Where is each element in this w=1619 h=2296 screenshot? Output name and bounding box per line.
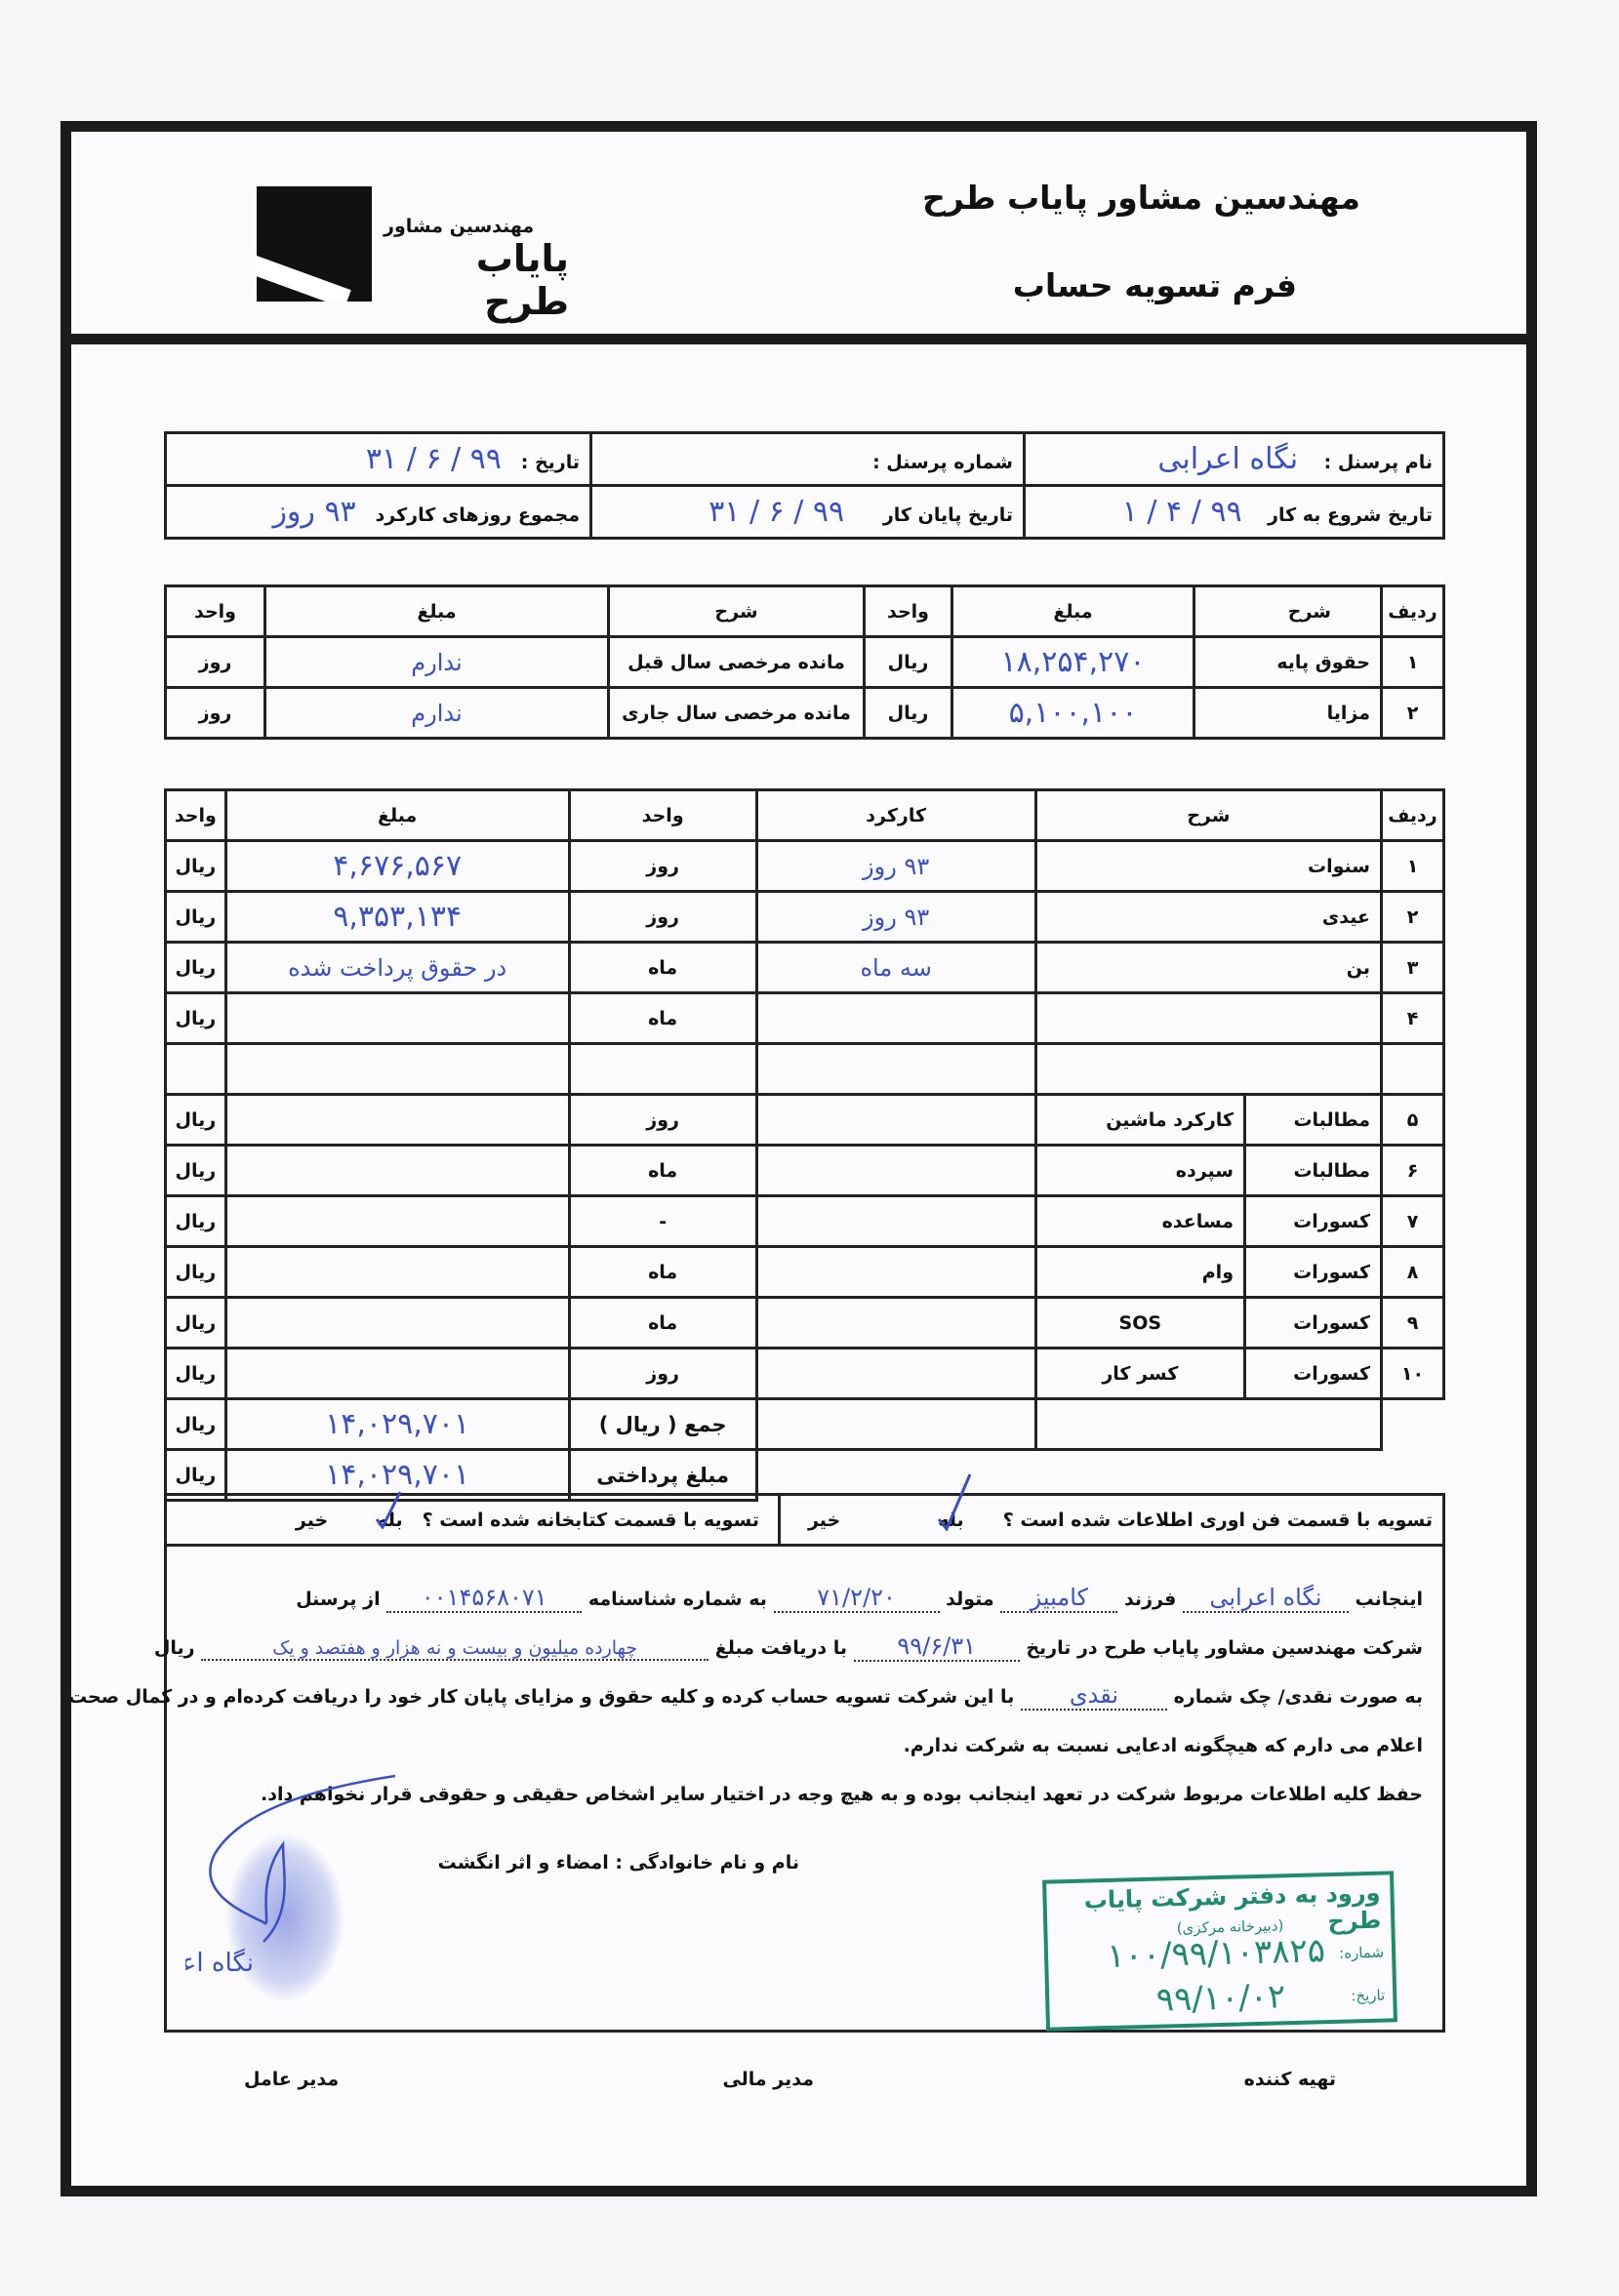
it-question: تسویه با قسمت فن اوری اطلاعات شده است ؟	[1003, 1510, 1433, 1531]
decl-text: اینجانب	[1356, 1589, 1423, 1610]
total-row: جمع ( ریال ) ۱۴,۰۲۹,۷۰۱ ریال	[166, 1399, 1444, 1450]
end-date-cell: تاریخ پایان کار ۹۹ / ۶ / ۳۱	[591, 486, 1025, 539]
decl-date-field[interactable]: ۹۹/۶/۳۱	[854, 1632, 1020, 1662]
decl-text: به شماره شناسنامه	[588, 1589, 767, 1610]
total-days-label: مجموع روزهای کارکرد	[376, 504, 580, 526]
table-row: ۵ مطالبات کارکرد ماشین روز ریال	[166, 1095, 1444, 1146]
row-unit: ماه	[569, 1247, 756, 1298]
decl-father-field[interactable]: کامبیز	[1000, 1584, 1117, 1613]
header-unit2: واحد	[166, 586, 265, 637]
table-row: ۱ حقوق پایه ۱۸,۲۵۴,۲۷۰ ریال مانده مرخصی …	[166, 637, 1444, 688]
table-row-empty	[166, 1044, 1444, 1095]
divider	[778, 1496, 781, 1544]
bonus-amount[interactable]: ۹,۳۵۳,۱۳۴	[225, 892, 569, 943]
stamp-date-value: ۹۹/۱۰/۰۲	[1155, 1977, 1285, 2019]
row-desc	[1035, 993, 1381, 1044]
row-work[interactable]: ۹۳ روز	[756, 892, 1035, 943]
declaration-line-1: اینجانب نگاه اعرابی فرزند کامبیز متولد ۷…	[296, 1584, 1423, 1613]
row-work[interactable]	[756, 1095, 1035, 1146]
declaration-line-2: شرکت مهندسین مشاور پایاب طرح در تاریخ ۹۹…	[154, 1632, 1423, 1662]
personnel-number-label: شماره پرسنل :	[872, 452, 1013, 473]
row-category: کسورات	[1245, 1349, 1382, 1399]
date-cell: تاریخ : ۹۹ / ۶ / ۳۱	[166, 433, 591, 486]
row-currency: ریال	[166, 1349, 226, 1399]
finance-manager-label: مدیر مالی	[722, 2069, 814, 2090]
row-no: ۲	[1382, 892, 1444, 943]
row-desc: بن	[1035, 943, 1381, 993]
decl-text: با این شرکت تسویه حساب کرده و کلیه حقوق …	[68, 1686, 1014, 1708]
decl-text: با دریافت مبلغ	[715, 1637, 847, 1659]
preparer-label: تهیه کننده	[1244, 2069, 1336, 2090]
header-work: کارکرد	[756, 790, 1035, 841]
start-date-value[interactable]: ۹۹ / ۴ / ۱	[1122, 495, 1242, 529]
declaration-line-3: به صورت نقدی/ چک شماره نقدی با این شرکت …	[68, 1681, 1423, 1711]
personnel-name-label: نام پرسنل :	[1324, 452, 1433, 473]
row-desc: حقوق پایه	[1194, 637, 1382, 688]
decl-amount-words-field[interactable]: چهارده میلیون و بیست و نه هزار و هفتصد و…	[201, 1637, 708, 1661]
row-unit2: روز	[166, 688, 265, 739]
salary-table-header: ردیف شرح مبلغ واحد شرح مبلغ واحد	[166, 586, 1444, 637]
row-desc: عیدی	[1035, 892, 1381, 943]
row-desc2: مانده مرخصی سال قبل	[609, 637, 865, 688]
row-unit: روز	[569, 892, 756, 943]
row-amount[interactable]	[225, 1146, 569, 1196]
row-desc: وام	[1035, 1247, 1244, 1298]
checkmark-icon	[374, 1490, 403, 1529]
row-work[interactable]	[756, 993, 1035, 1044]
form-header: مهندسین مشاور پایاب طرح فرم تسویه حساب م…	[71, 132, 1526, 344]
row-amount[interactable]	[225, 1247, 569, 1298]
logo-line1: مهندسین مشاور	[384, 216, 534, 237]
row-no: ۱	[1382, 637, 1444, 688]
row-category: کسورات	[1245, 1196, 1382, 1247]
row-unit: ماه	[569, 1298, 756, 1349]
office-entry-stamp: ورود به دفتر شرکت پایاب طرح (دبیرخانه مر…	[1042, 1871, 1397, 2031]
row-work[interactable]	[756, 1349, 1035, 1399]
personnel-name-cell: نام پرسنل : نگاه اعرابی	[1025, 433, 1444, 486]
library-yes-option[interactable]: بله	[377, 1510, 402, 1531]
row-currency: ریال	[166, 892, 226, 943]
total-days-value[interactable]: ۹۳ روز	[272, 495, 355, 529]
decl-text: از پرسنل	[296, 1589, 380, 1610]
row-currency: ریال	[166, 841, 226, 892]
row-currency: ریال	[166, 1298, 226, 1349]
personnel-info-table: نام پرسنل : نگاه اعرابی شماره پرسنل : تا…	[164, 431, 1445, 540]
checkmark-icon	[935, 1472, 974, 1531]
row-currency: ریال	[166, 1196, 226, 1247]
library-settlement: تسویه با قسمت کتابخانه شده است ؟ بله خیر	[296, 1496, 759, 1544]
row-unit: روز	[569, 1349, 756, 1399]
stamp-number-value: ۱۰۰/۹۹/۱۰۳۸۲۵	[1107, 1931, 1326, 1976]
row-currency: ریال	[166, 1247, 226, 1298]
company-logo: مهندسین مشاور پایاب طرح	[257, 186, 569, 303]
declaration-line-5: حفظ کلیه اطلاعات مربوط شرکت در تعهد اینج…	[261, 1784, 1423, 1805]
company-title: مهندسین مشاور پایاب طرح	[922, 179, 1360, 217]
row-desc: مزایا	[1194, 688, 1382, 739]
row-category: کسورات	[1245, 1247, 1382, 1298]
row-no: ۷	[1382, 1196, 1444, 1247]
header-amount: مبلغ	[225, 790, 569, 841]
decl-cash-field[interactable]: نقدی	[1021, 1681, 1167, 1711]
header-amount2: مبلغ	[265, 586, 609, 637]
decl-id-field[interactable]: ۰۰۱۴۵۶۸۰۷۱	[386, 1584, 582, 1613]
row-currency: ریال	[166, 993, 226, 1044]
row-desc: سنوات	[1035, 841, 1381, 892]
table-row: ۴ ماه ریال	[166, 993, 1444, 1044]
row-work[interactable]	[756, 1298, 1035, 1349]
voucher-amount[interactable]: در حقوق پرداخت شده	[225, 943, 569, 993]
company-logo-icon	[257, 186, 372, 302]
personnel-number-cell: شماره پرسنل :	[591, 433, 1025, 486]
row-no: ۸	[1382, 1247, 1444, 1298]
row-unit: روز	[569, 1095, 756, 1146]
row-desc2: مانده مرخصی سال جاری	[609, 688, 865, 739]
row-unit: -	[569, 1196, 756, 1247]
row-unit: ماه	[569, 943, 756, 993]
table-row: ۲ مزایا ۵,۱۰۰,۱۰۰ ریال مانده مرخصی سال ج…	[166, 688, 1444, 739]
row-desc: کارکرد ماشین	[1035, 1095, 1244, 1146]
row-amount[interactable]	[225, 993, 569, 1044]
row-category: مطالبات	[1245, 1146, 1382, 1196]
signature-label: نام و نام خانوادگی : امضاء و اثر انگشت	[438, 1852, 799, 1873]
table-row: ۲ عیدی ۹۳ روز روز ۹,۳۵۳,۱۳۴ ریال	[166, 892, 1444, 943]
settlement-checks: تسویه با قسمت فن اوری اطلاعات شده است ؟ …	[164, 1493, 1445, 1547]
it-settlement: تسویه با قسمت فن اوری اطلاعات شده است ؟ …	[808, 1496, 1433, 1544]
row-work[interactable]	[756, 1146, 1035, 1196]
row-no: ۹	[1382, 1298, 1444, 1349]
header-unit: واحد	[865, 586, 952, 637]
it-no-option[interactable]: خیر	[808, 1510, 840, 1531]
prev-year-leave-amount[interactable]: ندارم	[265, 637, 609, 688]
table-row: ۱ سنوات ۹۳ روز روز ۴,۶۷۶,۵۶۷ ریال	[166, 841, 1444, 892]
row-amount[interactable]	[225, 1196, 569, 1247]
row-desc: سپرده	[1035, 1146, 1244, 1196]
personnel-name-value[interactable]: نگاه اعرابی	[1157, 442, 1298, 476]
total-currency: ریال	[166, 1399, 226, 1450]
svg-text:نگاه اعرابی: نگاه اعرابی	[185, 1948, 254, 1978]
row-no: ۱	[1382, 841, 1444, 892]
row-desc: کسر کار	[1035, 1349, 1244, 1399]
row-category: کسورات	[1245, 1298, 1382, 1349]
stamp-date-label: تاریخ:	[1351, 1987, 1385, 2005]
header-amount: مبلغ	[952, 586, 1194, 637]
total-label: جمع ( ریال )	[569, 1399, 756, 1450]
row-work[interactable]	[756, 1247, 1035, 1298]
table-row: ۱۰ کسورات کسر کار روز ریال	[166, 1349, 1444, 1399]
base-salary-amount[interactable]: ۱۸,۲۵۴,۲۷۰	[952, 637, 1194, 688]
declaration-line-4: اعلام می دارم که هیچگونه ادعایی نسبت به …	[904, 1735, 1423, 1756]
current-year-leave-amount[interactable]: ندارم	[265, 688, 609, 739]
table-row: ۹ کسورات SOS ماه ریال	[166, 1298, 1444, 1349]
start-date-cell: تاریخ شروع به کار ۹۹ / ۴ / ۱	[1025, 486, 1444, 539]
header-desc2: شرح	[609, 586, 865, 637]
salary-table: ردیف شرح مبلغ واحد شرح مبلغ واحد ۱ حقوق …	[164, 584, 1445, 740]
end-date-label: تاریخ پایان کار	[883, 504, 1013, 526]
end-date-value[interactable]: ۹۹ / ۶ / ۳۱	[708, 495, 844, 529]
row-amount[interactable]	[225, 1298, 569, 1349]
row-amount[interactable]	[225, 1095, 569, 1146]
row-category: مطالبات	[1245, 1095, 1382, 1146]
row-work[interactable]: سه ماه	[756, 943, 1035, 993]
decl-text: ریال	[154, 1637, 195, 1659]
date-value[interactable]: ۹۹ / ۶ / ۳۱	[366, 442, 502, 476]
decl-name-field[interactable]: نگاه اعرابی	[1183, 1584, 1349, 1613]
row-currency: ریال	[166, 1095, 226, 1146]
stamp-number-label: شماره:	[1339, 1944, 1384, 1962]
row-work[interactable]	[756, 1196, 1035, 1247]
it-yes-option[interactable]: بله	[938, 1510, 963, 1531]
table-row: ۸ کسورات وام ماه ریال	[166, 1247, 1444, 1298]
decl-text: شرکت مهندسین مشاور پایاب طرح در تاریخ	[1026, 1637, 1423, 1659]
form-title: فرم تسویه حساب	[1013, 266, 1297, 304]
row-no: ۶	[1382, 1146, 1444, 1196]
header-currency: واحد	[166, 790, 226, 841]
header-unit: واحد	[569, 790, 756, 841]
table-row: ۶ مطالبات سپرده ماه ریال	[166, 1146, 1444, 1196]
table-row: ۷ کسورات مساعده - ریال	[166, 1196, 1444, 1247]
header-row-no: ردیف	[1382, 586, 1444, 637]
decl-text: فرزند	[1124, 1589, 1176, 1610]
row-currency: ریال	[166, 1146, 226, 1196]
benefits-amount[interactable]: ۵,۱۰۰,۱۰۰	[952, 688, 1194, 739]
row-unit2: روز	[166, 637, 265, 688]
row-unit: ریال	[865, 637, 952, 688]
ceo-label: مدیر عامل	[244, 2069, 339, 2090]
row-unit: ماه	[569, 993, 756, 1044]
row-desc: مساعده	[1035, 1196, 1244, 1247]
settlement-table: ردیف شرح کارکرد واحد مبلغ واحد ۱ سنوات ۹…	[164, 788, 1445, 1502]
header-desc: شرح	[1035, 790, 1381, 841]
row-unit: روز	[569, 841, 756, 892]
row-unit: ماه	[569, 1146, 756, 1196]
row-currency: ریال	[166, 943, 226, 993]
total-amount[interactable]: ۱۴,۰۲۹,۷۰۱	[225, 1399, 569, 1450]
start-date-label: تاریخ شروع به کار	[1268, 504, 1433, 526]
row-no: ۲	[1382, 688, 1444, 739]
row-unit: ریال	[865, 688, 952, 739]
row-no: ۱۰	[1382, 1349, 1444, 1399]
signature-icon: نگاه اعرابی	[185, 1766, 400, 1991]
row-amount[interactable]	[225, 1349, 569, 1399]
table-row: ۳ بن سه ماه ماه در حقوق پرداخت شده ریال	[166, 943, 1444, 993]
row-no: ۵	[1382, 1095, 1444, 1146]
severance-amount[interactable]: ۴,۶۷۶,۵۶۷	[225, 841, 569, 892]
row-no: ۴	[1382, 993, 1444, 1044]
date-label: تاریخ :	[521, 452, 580, 473]
library-no-option[interactable]: خیر	[296, 1510, 328, 1531]
header-row-no: ردیف	[1382, 790, 1444, 841]
header-desc: شرح	[1194, 586, 1382, 637]
library-question: تسویه با قسمت کتابخانه شده است ؟	[423, 1510, 759, 1531]
decl-birth-field[interactable]: ۷۱/۲/۲۰	[774, 1584, 940, 1613]
row-no: ۳	[1382, 943, 1444, 993]
decl-text: متولد	[946, 1589, 994, 1610]
row-desc: SOS	[1035, 1298, 1244, 1349]
decl-text: به صورت نقدی/ چک شماره	[1174, 1686, 1423, 1708]
settlement-table-header: ردیف شرح کارکرد واحد مبلغ واحد	[166, 790, 1444, 841]
logo-line2: پایاب طرح	[384, 237, 569, 323]
row-work[interactable]: ۹۳ روز	[756, 841, 1035, 892]
total-days-cell: مجموع روزهای کارکرد ۹۳ روز	[166, 486, 591, 539]
